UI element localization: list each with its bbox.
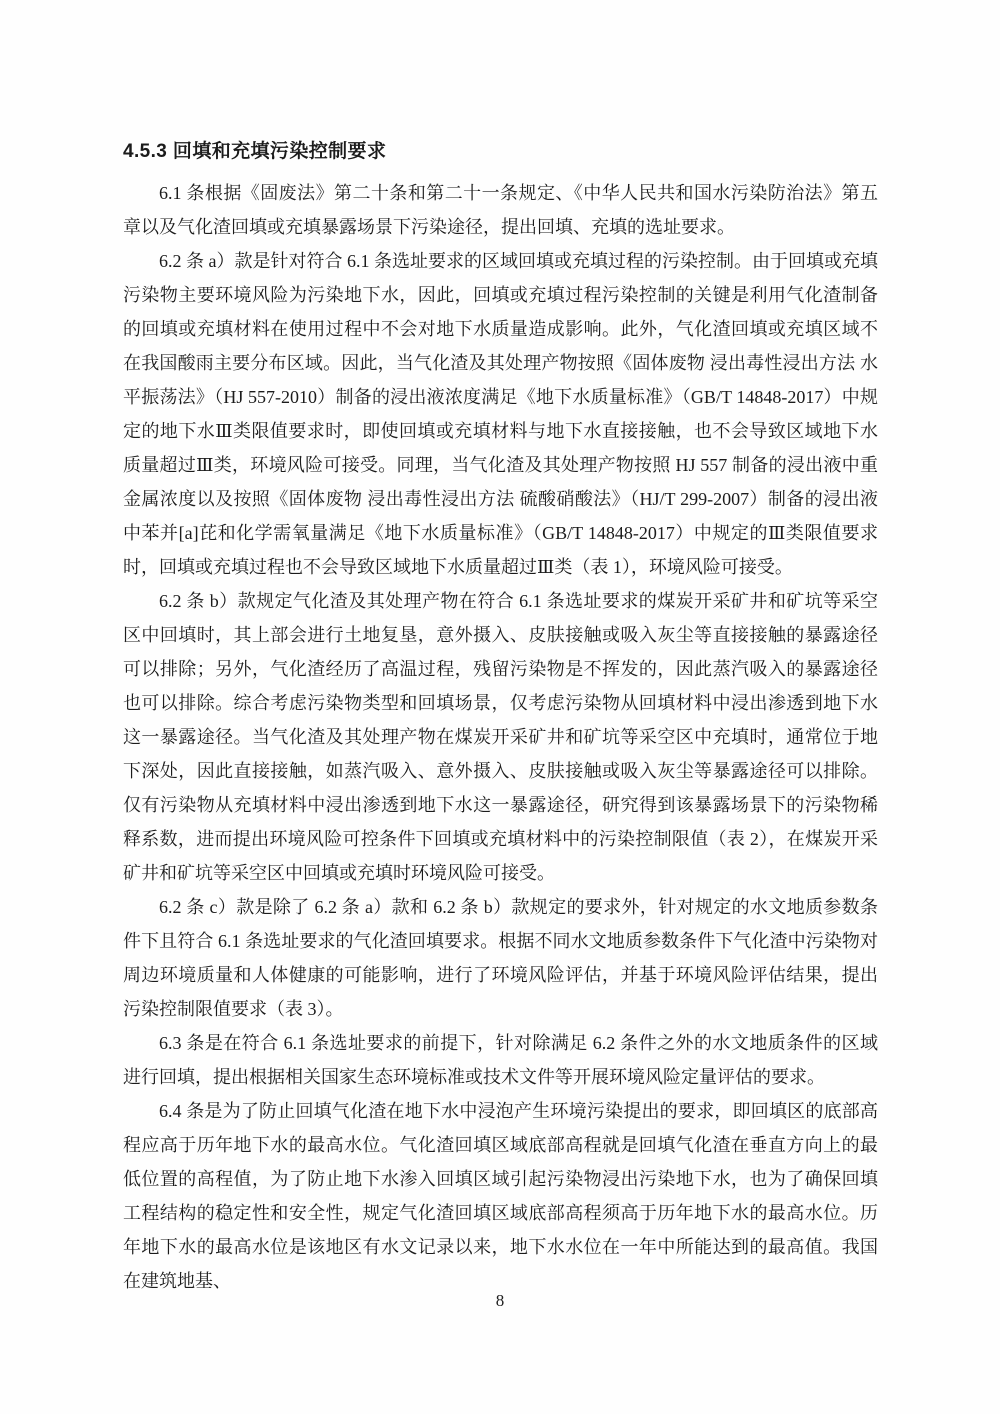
document-page: 4.5.3 回填和充填污染控制要求 6.1 条根据《固废法》第二十条和第二十一条… bbox=[0, 0, 1000, 1414]
paragraph-1: 6.1 条根据《固废法》第二十条和第二十一条规定、《中华人民共和国水污染防治法》… bbox=[123, 176, 878, 244]
section-heading: 4.5.3 回填和充填污染控制要求 bbox=[123, 135, 878, 169]
document-body: 4.5.3 回填和充填污染控制要求 6.1 条根据《固废法》第二十条和第二十一条… bbox=[123, 135, 878, 1298]
paragraph-6: 6.4 条是为了防止回填气化渣在地下水中浸泡产生环境污染提出的要求，即回填区的底… bbox=[123, 1094, 878, 1298]
paragraph-3: 6.2 条 b）款规定气化渣及其处理产物在符合 6.1 条选址要求的煤炭开采矿井… bbox=[123, 584, 878, 890]
paragraph-2: 6.2 条 a）款是针对符合 6.1 条选址要求的区域回填或充填过程的污染控制。… bbox=[123, 244, 878, 584]
page-number: 8 bbox=[0, 1291, 1000, 1311]
paragraph-4: 6.2 条 c）款是除了 6.2 条 a）款和 6.2 条 b）款规定的要求外，… bbox=[123, 890, 878, 1026]
paragraph-5: 6.3 条是在符合 6.1 条选址要求的前提下，针对除满足 6.2 条件之外的水… bbox=[123, 1026, 878, 1094]
